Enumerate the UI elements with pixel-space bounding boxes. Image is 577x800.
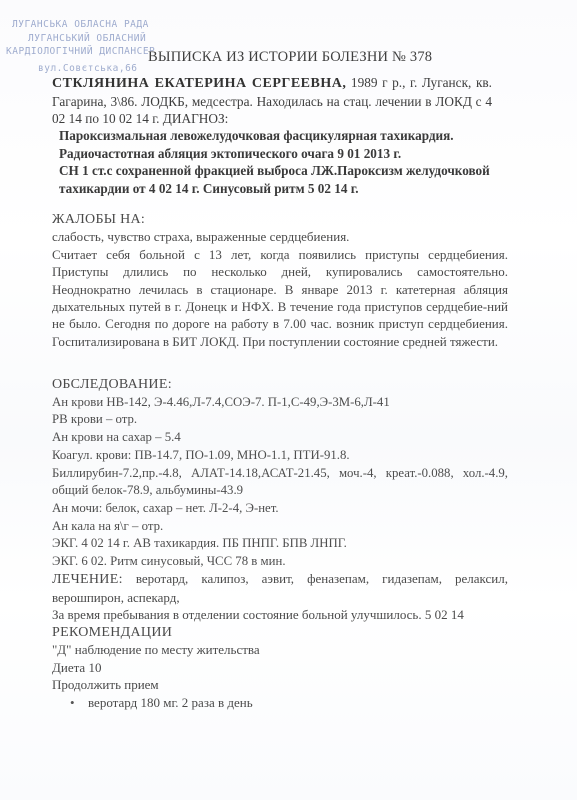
exam-item: Ан мочи: белок, сахар – нет. Л-2-4, Э-не… [52,500,508,518]
medication-text: веротард 180 мг. 2 раза в день [88,695,253,710]
treatment-heading: ЛЕЧЕНИЕ: [52,572,123,587]
exam-item: РВ крови – отр. [52,411,508,429]
treatment-section: ЛЕЧЕНИЕ: веротард, калипоз, аэвит, феназ… [52,570,508,711]
exam-item: Биллирубин-7.2,пр.-4.8, АЛАТ-14.18,АСАТ-… [52,465,508,500]
complaints-history: Считает себя больной с 13 лет, когда поя… [52,246,508,350]
diagnosis-line: СН 1 ст.с сохраненной фракцией выброса Л… [59,162,499,197]
complaints-section: ЖАЛОБЫ НА: слабость, чувство страха, выр… [52,211,508,350]
exam-item: ЭКГ. 4 02 14 г. АВ тахикардия. ПБ ПНПГ. … [52,535,508,553]
patient-info: СТКЛЯНИНА ЕКАТЕРИНА СЕРГЕЕВНА, 1989 г р.… [52,74,492,128]
stamp-line: вул.Совєтська,66 [38,62,155,76]
exam-item: ЭКГ. 6 02. Ритм синусовый, ЧСС 78 в мин. [52,553,508,571]
patient-name: СТКЛЯНИНА ЕКАТЕРИНА СЕРГЕЕВНА, [52,76,346,91]
examination-heading: ОБСЛЕДОВАНИЕ: [52,376,508,394]
medication-item: веротард 180 мг. 2 раза в день [70,694,508,712]
complaints-heading: ЖАЛОБЫ НА: [52,211,508,228]
treatment-paragraph: ЛЕЧЕНИЕ: веротард, калипоз, аэвит, феназ… [52,570,508,606]
diagnosis-block: Пароксизмальная левожелудочковая фасцику… [59,127,499,198]
exam-item: Ан кала на я\г – отр. [52,518,508,536]
stamp-line: ЛУГАНСЬКА ОБЛАСНА РАДА [12,18,155,32]
exam-item: Ан крови НВ-142, Э-4.46,Л-7.4,СОЭ-7. П-1… [52,394,508,412]
diagnosis-line: Радиочастотная абляция эктопического оча… [59,145,499,163]
examination-section: ОБСЛЕДОВАНИЕ: Ан крови НВ-142, Э-4.46,Л-… [52,376,508,571]
recommendation-item: Диета 10 [52,659,508,677]
medication-list: веротард 180 мг. 2 раза в день [52,694,508,712]
diagnosis-line: Пароксизмальная левожелудочковая фасцику… [59,127,499,145]
diagnosis-label: ДИАГНОЗ: [159,111,228,126]
complaints-summary: слабость, чувство страха, выраженные сер… [52,228,508,245]
stamp-line: КАРДІОЛОГІЧНИЙ ДИСПАНСЕР [6,45,155,59]
document-title: ВЫПИСКА ИЗ ИСТОРИИ БОЛЕЗНИ № 378 [148,49,432,66]
clinic-stamp: ЛУГАНСЬКА ОБЛАСНА РАДА ЛУГАНСЬКИЙ ОБЛАСН… [6,18,155,75]
treatment-outcome: За время пребывания в отделении состояни… [52,606,508,624]
stamp-line: ЛУГАНСЬКИЙ ОБЛАСНИЙ [28,32,155,46]
recommendation-item: Продолжить прием [52,676,508,694]
recommendations-heading: РЕКОМЕНДАЦИИ [52,624,508,642]
recommendation-item: "Д" наблюдение по месту жительства [52,641,508,659]
exam-item: Коагул. крови: ПВ-14.7, ПО-1.09, МНО-1.1… [52,447,508,465]
exam-item: Ан крови на сахар – 5.4 [52,429,508,447]
